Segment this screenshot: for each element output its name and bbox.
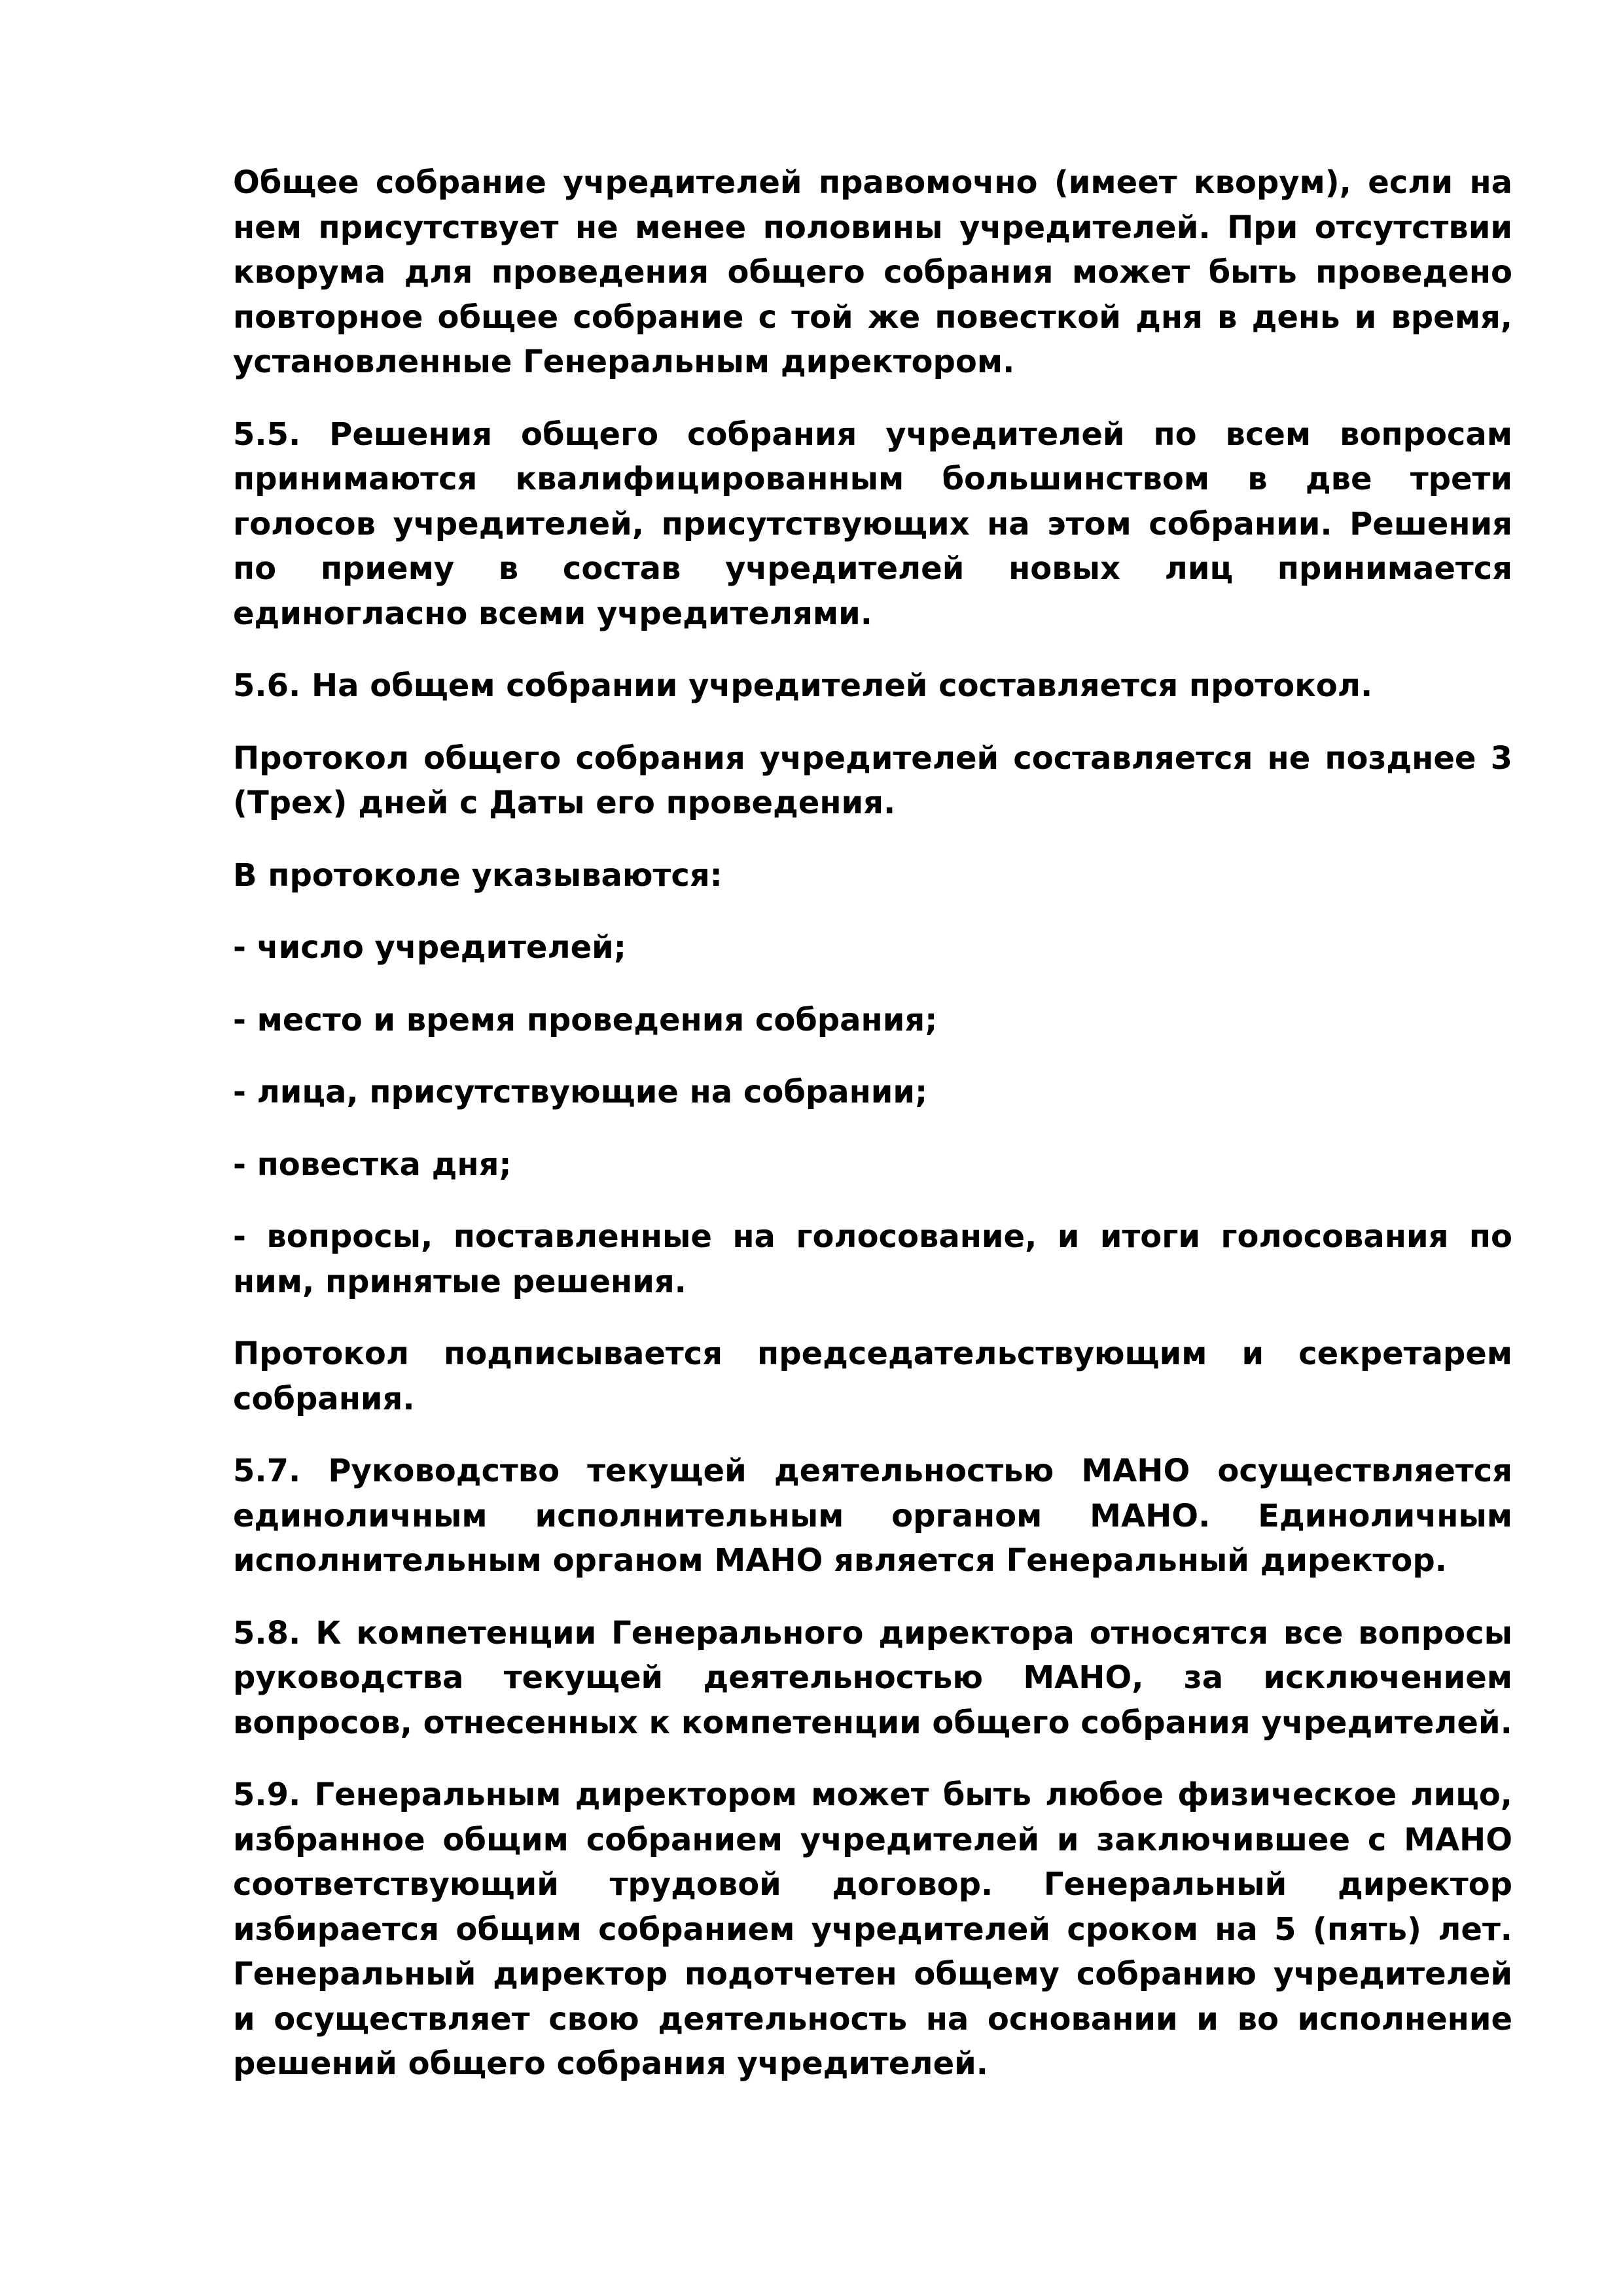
document-page: Общее собрание учредителей правомочно (и…: [233, 160, 1512, 2114]
paragraph-protocol-deadline: Протокол общего собрания учредителей сос…: [233, 736, 1512, 826]
list-item: - лица, присутствующие на собрании;: [233, 1070, 1512, 1115]
protocol-items-list: - число учредителей; - место и время про…: [233, 925, 1512, 1304]
paragraph-5-6-protocol: 5.6. На общем собрании учредителей соста…: [233, 663, 1512, 709]
paragraph-quorum: Общее собрание учредителей правомочно (и…: [233, 160, 1512, 385]
list-item: - вопросы, поставленные на голосование, …: [233, 1214, 1512, 1304]
paragraph-protocol-signing: Протокол подписывается председательствую…: [233, 1332, 1512, 1421]
paragraph-5-9-general-director: 5.9. Генеральным директором может быть л…: [233, 1773, 1512, 2087]
list-item: - число учредителей;: [233, 925, 1512, 970]
paragraph-5-5-decisions: 5.5. Решения общего собрания учредителей…: [233, 412, 1512, 637]
list-item: - повестка дня;: [233, 1142, 1512, 1188]
list-item: - место и время проведения собрания;: [233, 998, 1512, 1043]
paragraph-5-8-competence: 5.8. К компетенции Генерального директор…: [233, 1611, 1512, 1746]
paragraph-protocol-contents-intro: В протоколе указываются:: [233, 853, 1512, 898]
paragraph-5-7-management: 5.7. Руководство текущей деятельностью М…: [233, 1449, 1512, 1583]
